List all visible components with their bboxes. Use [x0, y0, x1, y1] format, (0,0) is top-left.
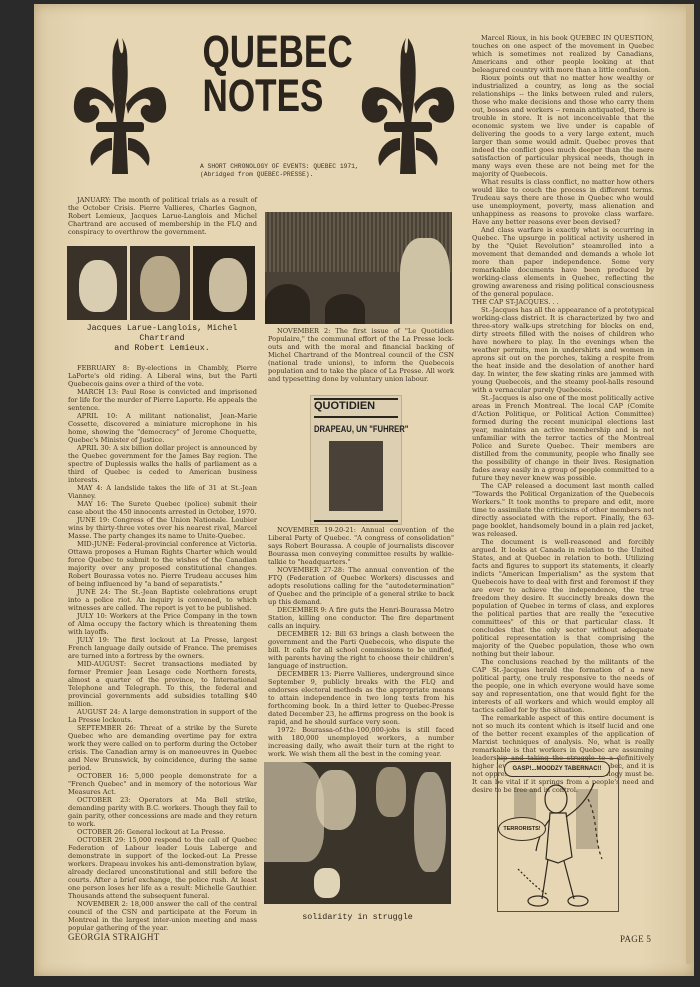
newspaper-headline: DRAPEAU, UN "FUHRER" — [314, 424, 408, 434]
chronology-entry: JULY 19: The first lockout at La Presse,… — [68, 636, 257, 660]
article-paragraph: The CAP released a document last month c… — [472, 482, 654, 538]
caption-line: and Robert Lemieux. — [62, 343, 262, 353]
chronology-entry: MID-JUNE: Federal-provincial conference … — [68, 540, 257, 588]
chronology-entry: FEBRUARY 8: By-elections in Chambly, Pie… — [68, 364, 257, 388]
article-paragraph: Marcel Rioux, in his book QUEBEC IN QUES… — [472, 34, 654, 74]
chronology-entry: JUNE 24: The St.-Jean Baptiste celebrati… — [68, 588, 257, 612]
speech-bubble: TERRORISTS! — [498, 817, 546, 841]
chronology-entry: DECEMBER 9: A fire guts the Henri-Bouras… — [268, 606, 454, 630]
chronology-entry: AUGUST 24: A large demonstration in supp… — [68, 708, 257, 724]
article-subhead: THE CAP ST-JACQUES. . . — [472, 298, 654, 306]
fleur-de-lis-icon — [70, 34, 170, 184]
chronology-entry: MAY 16: The Surete Quebec (police) submi… — [68, 500, 257, 516]
column-1-chronology: FEBRUARY 8: By-elections in Chambly, Pie… — [68, 364, 257, 932]
article-paragraph: St.-Jacques has all the appearance of a … — [472, 306, 654, 394]
chronology-entry: OCTOBER 26: General lockout at La Presse… — [68, 828, 257, 836]
article-paragraph: St.-Jacques is also one of the most poli… — [472, 394, 654, 482]
chronology-entry: MID-AUGUST: Secret transactions mediated… — [68, 660, 257, 708]
column-2-top: NOVEMBER 2: The first issue of "Le Quoti… — [268, 327, 454, 383]
column-3-article: Marcel Rioux, in his book QUEBEC IN QUES… — [472, 34, 654, 794]
title-line-notes: NOTES — [203, 74, 320, 118]
masthead-title: QUEBEC NOTES — [203, 30, 320, 118]
chronology-entry: NOVEMBER 19-20-21: Annual convention of … — [268, 526, 454, 566]
crowd-photo — [265, 212, 452, 324]
chronology-entry: NOVEMBER 27-28: The annual convention of… — [268, 566, 454, 606]
subtitle-line: (Abridged from QUEBEC-PRESSE). — [200, 171, 370, 179]
article-paragraph: And class warfare is exactly what is occ… — [472, 226, 654, 298]
editorial-cartoon: GASP!...MOODZY TABERNAC!! TERRORISTS! — [497, 758, 619, 912]
portraits-photo — [67, 246, 255, 320]
page-edge — [686, 4, 694, 964]
chronology-entry: APRIL 10: A militant nationalist, Jean-M… — [68, 412, 257, 444]
chronology-entry: NOVEMBER 2: The first issue of "Le Quoti… — [268, 327, 454, 383]
article-paragraph: The conclusions reached by the militants… — [472, 658, 654, 714]
solidarity-caption: solidarity in struggle — [264, 912, 451, 922]
chronology-entry: MARCH 13: Paul Rose is convicted and imp… — [68, 388, 257, 412]
chronology-entry: MAY 4: A landslide takes the life of 31 … — [68, 484, 257, 500]
subtitle-line: A SHORT CHRONOLOGY OF EVENTS: QUEBEC 197… — [200, 163, 370, 171]
column-2-chronology: NOVEMBER 19-20-21: Annual convention of … — [268, 526, 454, 758]
chronology-entry: OCTOBER 23: Operators at Ma Bell strike,… — [68, 796, 257, 828]
chronology-entry: NOVEMBER 2: 18,000 answer the call of th… — [68, 900, 257, 932]
page-number: PAGE 5 — [620, 934, 651, 944]
chronology-entry: JUNE 19: Congress of the Union Nationale… — [68, 516, 257, 540]
fleur-de-lis-icon — [358, 34, 458, 184]
chronology-entry: JULY 10: Workers at the Price Company in… — [68, 612, 257, 636]
title-line-quebec: QUEBEC — [203, 30, 320, 74]
chronology-entry: OCTOBER 16: 5,000 people demonstrate for… — [68, 772, 257, 796]
portraits-caption: Jacques Larue-Langlois, Michel Chartrand… — [62, 323, 262, 353]
solidarity-photo — [264, 762, 451, 904]
article-paragraph: Rioux points out that no matter how weal… — [472, 74, 654, 178]
chronology-entry: APRIL 30: A six billion dollar project i… — [68, 444, 257, 484]
article-paragraph: What results is class conflict, no matte… — [472, 178, 654, 226]
masthead-subtitle: A SHORT CHRONOLOGY OF EVENTS: QUEBEC 197… — [200, 163, 370, 179]
chronology-entry: DECEMBER 12: Bill 63 brings a clash betw… — [268, 630, 454, 670]
newspaper-masthead: QUOTIDIEN — [314, 400, 375, 412]
column-1-intro: JANUARY: The month of political trials a… — [68, 196, 257, 236]
january-entry: JANUARY: The month of political trials a… — [68, 196, 257, 236]
caption-line: Jacques Larue-Langlois, Michel Chartrand — [62, 323, 262, 343]
chronology-entry: SEPTEMBER 26: Threat of a strike by the … — [68, 724, 257, 772]
chronology-entry: DECEMBER 13: Pierre Vallieres, undergrou… — [268, 670, 454, 726]
chronology-entry: OCTOBER 29: 15,000 respond to the call o… — [68, 836, 257, 900]
article-paragraph: The document is well-reasoned and forcib… — [472, 538, 654, 658]
chronology-entry: 1972: Bourassa-of-the-100,000-jobs is st… — [268, 726, 454, 758]
quotidien-populaire-front-page: QUOTIDIEN DRAPEAU, UN "FUHRER" — [310, 395, 402, 525]
publication-name: GEORGIA STRAIGHT — [68, 932, 160, 942]
